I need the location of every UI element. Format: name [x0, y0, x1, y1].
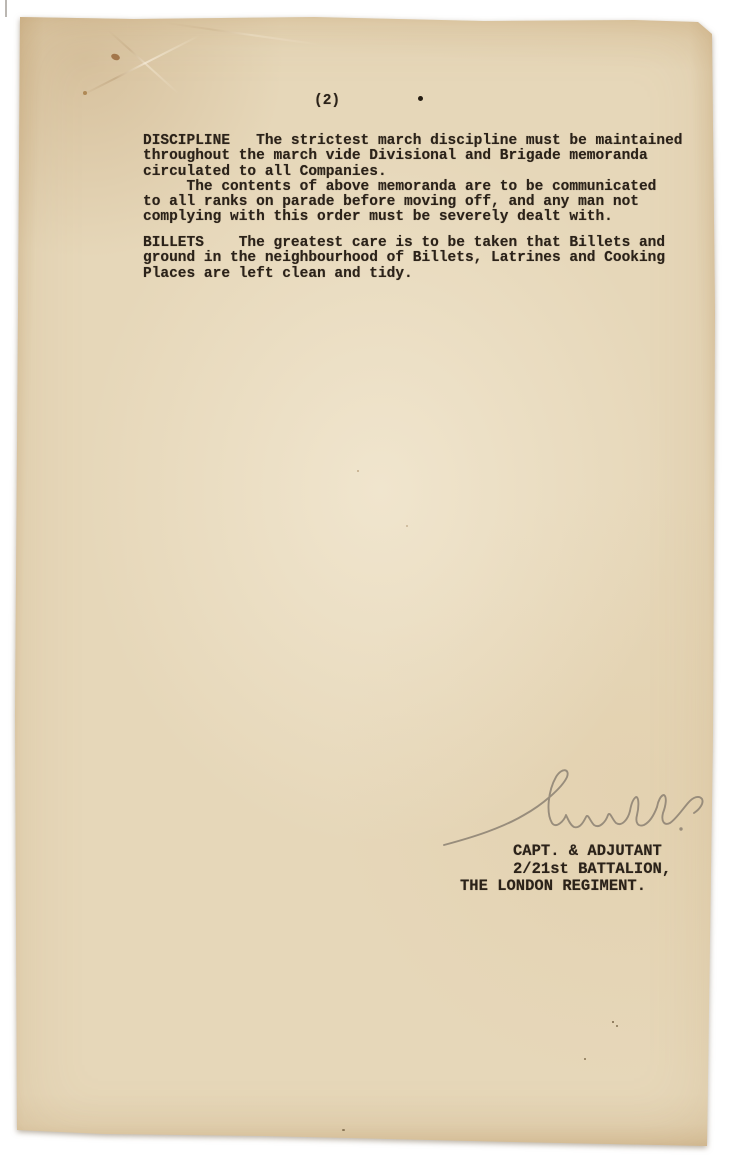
paper-speck: [406, 525, 408, 527]
typed-line: complying with this order must be severe…: [143, 210, 683, 225]
scanner-edge-artifact: [5, 0, 7, 17]
signature-title-block: CAPT. & ADJUTANT 2/21st BATTALION, THE L…: [460, 843, 671, 896]
typed-line: The contents of above memoranda are to b…: [143, 180, 683, 195]
paragraph-billets: BILLETS The greatest care is to be taken…: [143, 236, 665, 282]
signoff-rank: CAPT. & ADJUTANT: [460, 843, 671, 861]
paper-speck: [84, 1137, 87, 1139]
paper-speck: [342, 1129, 345, 1131]
signoff-battalion: 2/21st BATTALION,: [460, 861, 671, 879]
paper-speck: [616, 1025, 618, 1027]
typed-line: circulated to all Companies.: [143, 165, 683, 180]
paper-speck: [357, 470, 359, 472]
ink-spot: [418, 96, 423, 101]
paper-speck: [612, 1021, 614, 1023]
document-page-wrapper: (2) DISCIPLINE The strictest march disci…: [14, 13, 718, 1149]
paper-crease: [79, 34, 200, 97]
page-number: (2): [314, 94, 340, 109]
typed-line: throughout the march vide Divisional and…: [143, 149, 683, 164]
paper-speck: [584, 1058, 586, 1060]
typed-line: ground in the neighbourhood of Billets, …: [143, 251, 665, 266]
paper-crease: [108, 29, 180, 94]
typed-line: BILLETS The greatest care is to be taken…: [143, 236, 665, 251]
typed-line: Places are left clean and tidy.: [143, 267, 665, 282]
paper-crease: [165, 22, 324, 46]
paper-speck: [83, 91, 87, 95]
paragraph-discipline: DISCIPLINE The strictest march disciplin…: [143, 134, 683, 226]
signoff-regiment: THE LONDON REGIMENT.: [460, 878, 671, 896]
scan-background: (2) DISCIPLINE The strictest march disci…: [0, 0, 735, 1166]
typed-line: DISCIPLINE The strictest march disciplin…: [143, 134, 683, 149]
handwritten-signature: Macdonald.: [434, 757, 714, 852]
paper-stain: [110, 53, 121, 62]
document-page: (2) DISCIPLINE The strictest march disci…: [14, 13, 718, 1149]
